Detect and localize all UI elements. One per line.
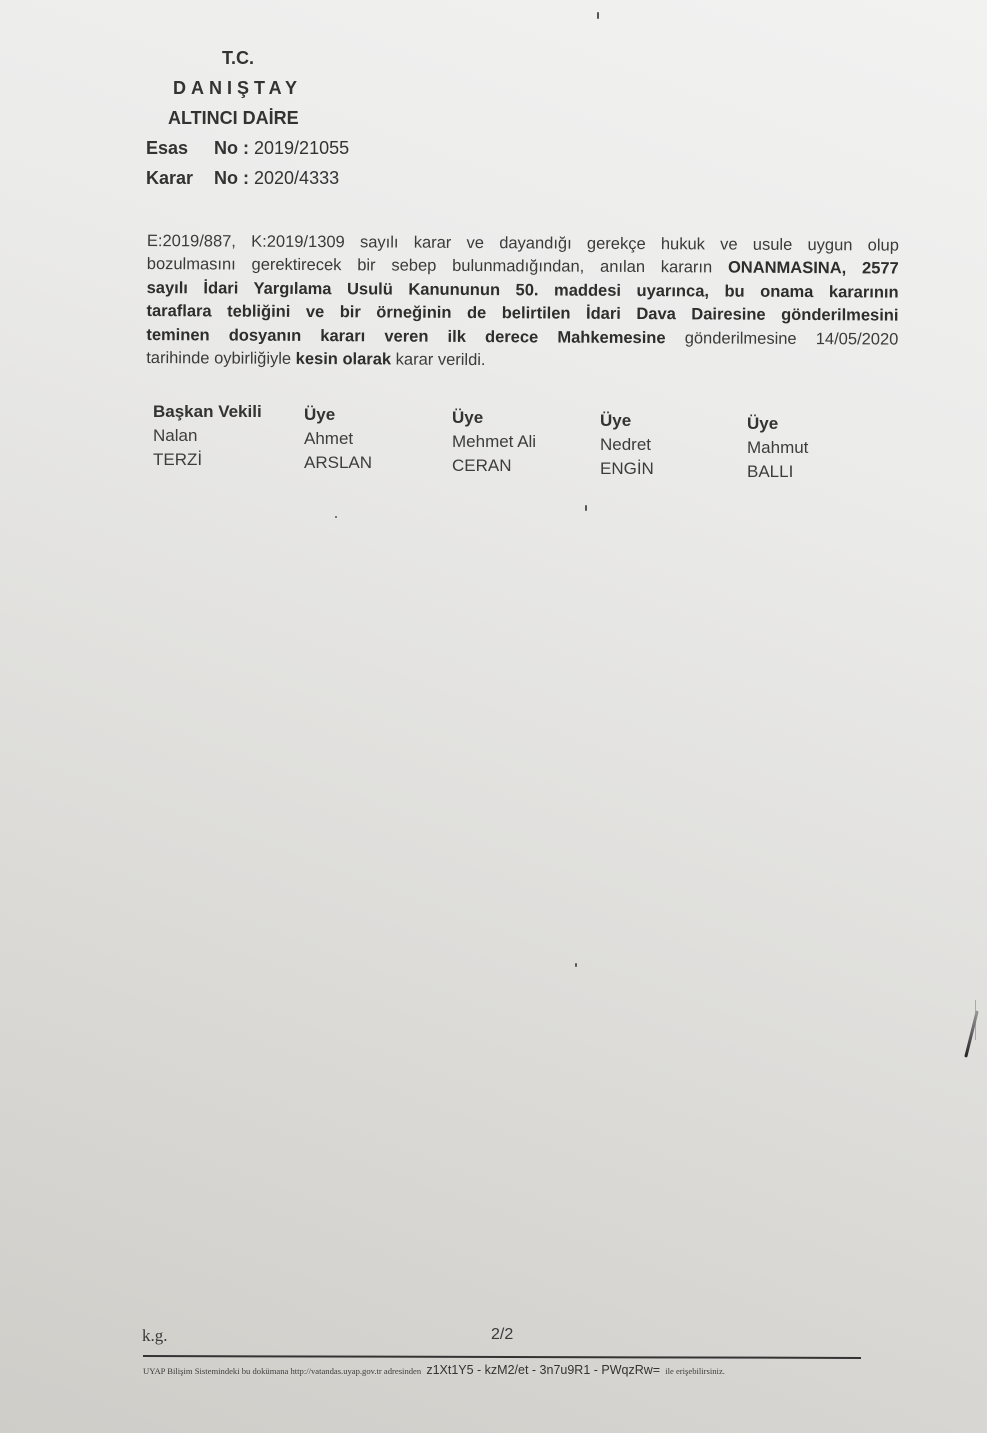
karar-number: KararNo : 2020/4333 [146,168,339,189]
signatory-first-name: Nalan [153,424,262,448]
text: bozulmasını gerektirecek bir sebep bulun… [147,255,728,277]
signatory-last-name: TERZİ [153,448,262,472]
signatory-role: Üye [600,409,654,433]
signatory-first-name: Ahmet [304,427,372,451]
bold-text: ONANMASINA, 2577 [728,259,899,278]
text: karar verildi. [391,350,486,369]
paper-speck [597,12,599,19]
esas-value: 2019/21055 [254,138,349,158]
footer-divider [143,1355,861,1359]
signatory: Üye Mehmet Ali CERAN [452,406,536,478]
signatory-role: Üye [747,412,808,436]
page-number: 2/2 [491,1326,513,1344]
signatory-role: Üye [452,406,536,430]
court-heading: DANIŞTAY [173,78,302,99]
text: tarihinde oybirliğiyle [146,349,296,368]
signatory: Üye Mahmut BALLI [747,412,808,484]
country-heading: T.C. [222,48,254,69]
bold-text: kesin olarak [296,350,391,369]
decision-text-line: tarihinde oybirliğiyle kesin olarak kara… [146,347,898,375]
document-page: T.C. DANIŞTAY ALTINCI DAİRE EsasNo : 201… [0,0,987,1433]
pen-mark [964,1010,979,1057]
esas-label: Esas [146,138,214,159]
signatory-role: Üye [304,403,372,427]
signatory-first-name: Nedret [600,433,654,457]
esas-no-label: No : [214,138,249,158]
karar-no-label: No : [214,168,249,188]
signatory-last-name: CERAN [452,454,536,478]
text: E:2019/887, K:2019/1309 sayılı karar ve … [147,232,899,255]
decision-text: E:2019/887, K:2019/1309 sayılı karar ve … [146,230,899,375]
signatory-first-name: Mehmet Ali [452,430,536,454]
signatory-last-name: BALLI [747,460,808,484]
bold-text: taraflara tebliğini ve bir örneğinin de … [146,302,898,325]
paper-speck [335,516,337,518]
karar-label: Karar [146,168,214,189]
notice-suffix: ile erişebilirsiniz. [665,1366,725,1376]
signatory-first-name: Mahmut [747,436,808,460]
bold-text: teminen dosyanın kararı veren ilk derece… [146,326,665,347]
signatory-last-name: ARSLAN [304,451,372,475]
initials: k.g. [142,1326,168,1346]
access-code: z1Xt1Y5 - kzM2/et - 3n7u9R1 - PWqzRw= [426,1363,660,1377]
uyap-footer-notice: UYAP Bilişim Sistemindeki bu dokümana ht… [143,1363,725,1377]
signatory: Üye Ahmet ARSLAN [304,403,372,475]
signatory: Başkan Vekili Nalan TERZİ [153,400,262,472]
text: gönderilmesine 14/05/2020 [666,329,899,348]
signatory-last-name: ENGİN [600,457,654,481]
signatory-role: Başkan Vekili [153,400,262,424]
signatory: Üye Nedret ENGİN [600,409,654,481]
chamber-heading: ALTINCI DAİRE [168,108,299,129]
esas-number: EsasNo : 2019/21055 [146,138,349,159]
paper-speck [575,963,577,967]
bold-text: sayılı İdari Yargılama Usulü Kanununun 5… [147,279,899,302]
paper-speck [585,505,587,511]
notice-prefix: UYAP Bilişim Sistemindeki bu dokümana ht… [143,1366,421,1376]
karar-value: 2020/4333 [254,168,339,188]
